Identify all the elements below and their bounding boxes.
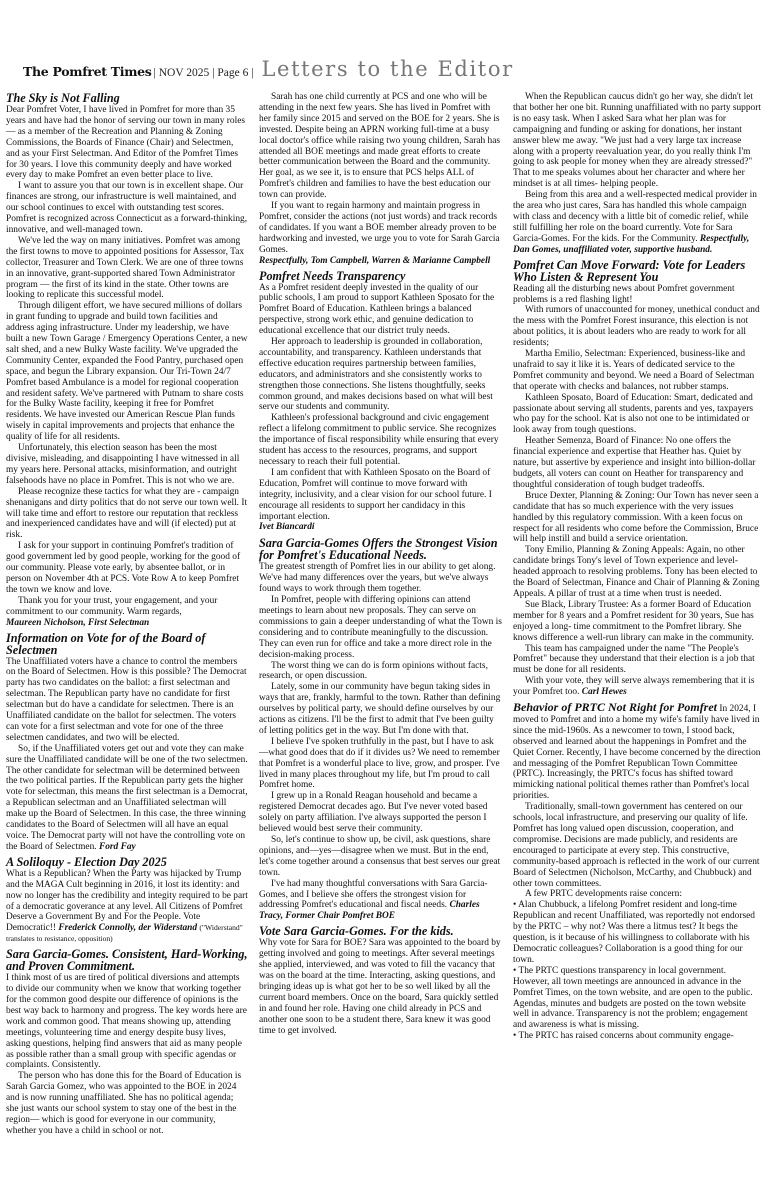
letter-move-forward: Pomfret Can Move Forward: Vote for Leade… <box>513 259 762 698</box>
section-title: Letters to the Editor <box>262 57 514 81</box>
letter-title: Sara Garcia-Gomes. Consistent, Hard-Work… <box>6 948 248 972</box>
letter-paragraph: I've had many thoughtful conversations w… <box>259 879 503 923</box>
letter-paragraph: As a Pomfret resident deeply invested in… <box>259 283 503 338</box>
letter-paragraph: The Unaffiliated voters have a chance to… <box>6 657 248 744</box>
letter-paragraph: Thank you for your trust, your engagemen… <box>6 596 248 618</box>
letter-paragraph: The greatest strength of Pomfret lies in… <box>259 562 503 595</box>
letter-title: Vote Sara Garcia-Gomes. For the kids. <box>259 925 503 937</box>
letter-signature: Ivet Biancardi <box>259 522 503 533</box>
letter-paragraph: I am confident that with Kathleen Sposat… <box>259 468 503 523</box>
letter-title: A Soliloquy - Election Day 2025 <box>6 856 248 868</box>
letter-paragraph: Heather Semenza, Board of Finance: No on… <box>513 436 762 491</box>
letter-paragraph-text: With your vote, they will serve always r… <box>513 676 755 697</box>
letter-title: The Sky is Not Falling <box>6 92 248 104</box>
letter-paragraph: Why vote for Sara for BOE? Sara was appo… <box>259 938 503 1036</box>
letter-paragraph: Her approach to leadership is grounded i… <box>259 337 503 413</box>
letter-signature: Frederick Connolly, der Widerstand <box>58 923 197 933</box>
letter-paragraph: Bruce Dexter, Planning & Zoning: Our Tow… <box>513 491 762 546</box>
letter-title: Sara Garcia-Gomes Offers the Strongest V… <box>259 537 503 561</box>
column-3: When the Republican caucus didn't go her… <box>510 92 762 1140</box>
paper-name: The Pomfret Times <box>23 64 152 79</box>
letter-paragraph: I think most of us are tired of politica… <box>6 973 248 1071</box>
letter-needs-transparency: Pomfret Needs Transparency As a Pomfret … <box>259 270 503 534</box>
letter-paragraph: We've led the way on many initiatives. P… <box>6 236 248 301</box>
letter-paragraph: Lately, some in our community have begun… <box>259 682 503 737</box>
letter-selectmen-info: Information on Vote for of the Board of … <box>6 632 248 853</box>
letter-paragraph: So, if the Unaffiliated voters get out a… <box>6 744 248 853</box>
letter-paragraph: I grew up in a Ronald Reagan household a… <box>259 791 503 835</box>
letter-title: Pomfret Needs Transparency <box>259 270 503 282</box>
letter-paragraph: Martha Emilio, Selectman: Experienced, b… <box>513 349 762 393</box>
letter-strongest-vision: Sara Garcia-Gomes Offers the Strongest V… <box>259 537 503 922</box>
letter-paragraph: Being from this area and a well-respecte… <box>513 190 762 255</box>
letter-paragraph: Dear Pomfret Voter, I have lived in Pomf… <box>6 105 248 181</box>
letter-prtc-behavior: Behavior of PRTC Not Right for Pomfret I… <box>513 701 762 1042</box>
letter-paragraph: I want to assure you that our town is in… <box>6 181 248 236</box>
letter-paragraph: Please recognize these tactics for what … <box>6 487 248 542</box>
letter-paragraph-text: So, if the Unaffiliated voters get out a… <box>6 744 248 852</box>
letter-paragraph: Unfortunately, this election season has … <box>6 443 248 487</box>
letter-paragraph: I believe I've spoken truthfully in the … <box>259 737 503 792</box>
bullet-item: • The PRTC questions transparency in loc… <box>513 966 762 1031</box>
letter-for-the-kids-cont: When the Republican caucus didn't go her… <box>513 92 762 256</box>
letter-paragraph-text: In 2024, I moved to Pomfret and into a h… <box>513 704 760 801</box>
letter-consistent-commitment: Sara Garcia-Gomes. Consistent, Hard-Work… <box>6 948 248 1137</box>
column-1: The Sky is Not Falling Dear Pomfret Vote… <box>6 92 248 1140</box>
letter-paragraph: With your vote, they will serve always r… <box>513 676 762 698</box>
letter-paragraph: Kathleen's professional background and c… <box>259 413 503 468</box>
letters-columns: The Sky is Not Falling Dear Pomfret Vote… <box>6 92 762 1140</box>
letter-paragraph: So, let's continue to show up, be civil,… <box>259 835 503 879</box>
letter-paragraph: Sue Black, Library Trustee: As a former … <box>513 600 762 644</box>
letter-paragraph: A few PRTC developments raise concern: <box>513 889 762 900</box>
letter-soliloquy: A Soliloquy - Election Day 2025 What is … <box>6 856 248 945</box>
letter-paragraph: Behavior of PRTC Not Right for Pomfret I… <box>513 701 762 802</box>
letter-paragraph: If you want to regain harmony and mainta… <box>259 201 503 256</box>
letter-paragraph: Tony Emilio, Planning & Zoning Appeals: … <box>513 545 762 600</box>
letter-signature: Ford Fay <box>99 842 136 852</box>
letter-paragraph: The worst thing we can do is form opinio… <box>259 661 503 683</box>
letter-paragraph: Through diligent effort, we have secured… <box>6 301 248 443</box>
letter-paragraph: Sarah has one child currently at PCS and… <box>259 92 503 201</box>
letter-paragraph: Kathleen Sposato, Board of Education: Sm… <box>513 393 762 437</box>
letter-sky-not-falling: The Sky is Not Falling Dear Pomfret Vote… <box>6 92 248 629</box>
letter-paragraph: With rumors of unaccounted for money, un… <box>513 305 762 349</box>
issue-meta: | NOV 2025 | Page 6 | <box>154 67 254 79</box>
letter-paragraph: This team has campaigned under the name … <box>513 644 762 677</box>
letter-paragraph: When the Republican caucus didn't go her… <box>513 92 762 190</box>
letter-paragraph: In Pomfret, people with differing opinio… <box>259 595 503 660</box>
letter-signature: Respectfully, Tom Campbell, Warren & Mar… <box>259 256 503 267</box>
letter-paragraph: I ask for your support in continuing Pom… <box>6 541 248 596</box>
letter-paragraph: The person who has done this for the Boa… <box>6 1071 248 1136</box>
letter-title: Behavior of PRTC Not Right for Pomfret <box>513 700 717 714</box>
column-2: Sarah has one child currently at PCS and… <box>255 92 503 1140</box>
letter-signature: Maureen Nicholson, First Selectman <box>6 618 248 629</box>
letter-title: Information on Vote for of the Board of … <box>6 632 248 656</box>
bullet-item: • The PRTC has raised concerns about com… <box>513 1031 762 1042</box>
bullet-item: • Alan Chubbuck, a lifelong Pomfret resi… <box>513 900 762 965</box>
letter-paragraph: Reading all the disturbing news about Po… <box>513 284 762 306</box>
letter-paragraph: Traditionally, small-town government has… <box>513 802 762 889</box>
letter-consistent-commitment-cont: Sarah has one child currently at PCS and… <box>259 92 503 267</box>
letter-title: Pomfret Can Move Forward: Vote for Leade… <box>513 259 762 283</box>
masthead: The Pomfret Times | NOV 2025 | Page 6 | … <box>23 57 747 83</box>
letter-for-the-kids: Vote Sara Garcia-Gomes. For the kids. Wh… <box>259 925 503 1036</box>
letter-signature: Carl Hewes <box>582 687 627 697</box>
letter-paragraph: What is a Republican? When the Party was… <box>6 869 248 945</box>
